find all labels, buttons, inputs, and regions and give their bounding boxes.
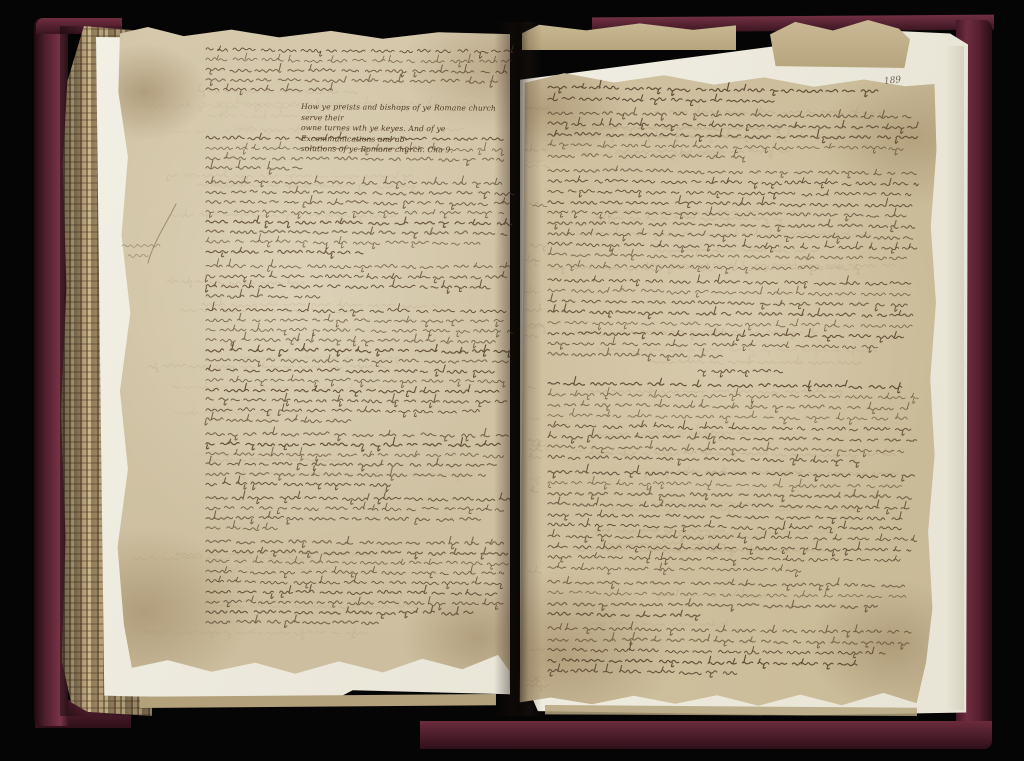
folio-number: 189 xyxy=(884,75,902,87)
chapter-heading: How ye preists and bishops of ye Romane … xyxy=(301,102,519,157)
chapter-heading-line: solutions of ye Romane church. Cha 9. xyxy=(301,144,519,156)
chapter-heading-line: owne turnes wth ye keyes. And of ye Exco… xyxy=(301,123,519,146)
chapter-heading-line: How ye preists and bishops of ye Romane … xyxy=(301,102,519,125)
gutter-shadow xyxy=(494,22,542,716)
manuscript-photo: How ye preists and bishops of ye Romane … xyxy=(0,0,1024,761)
